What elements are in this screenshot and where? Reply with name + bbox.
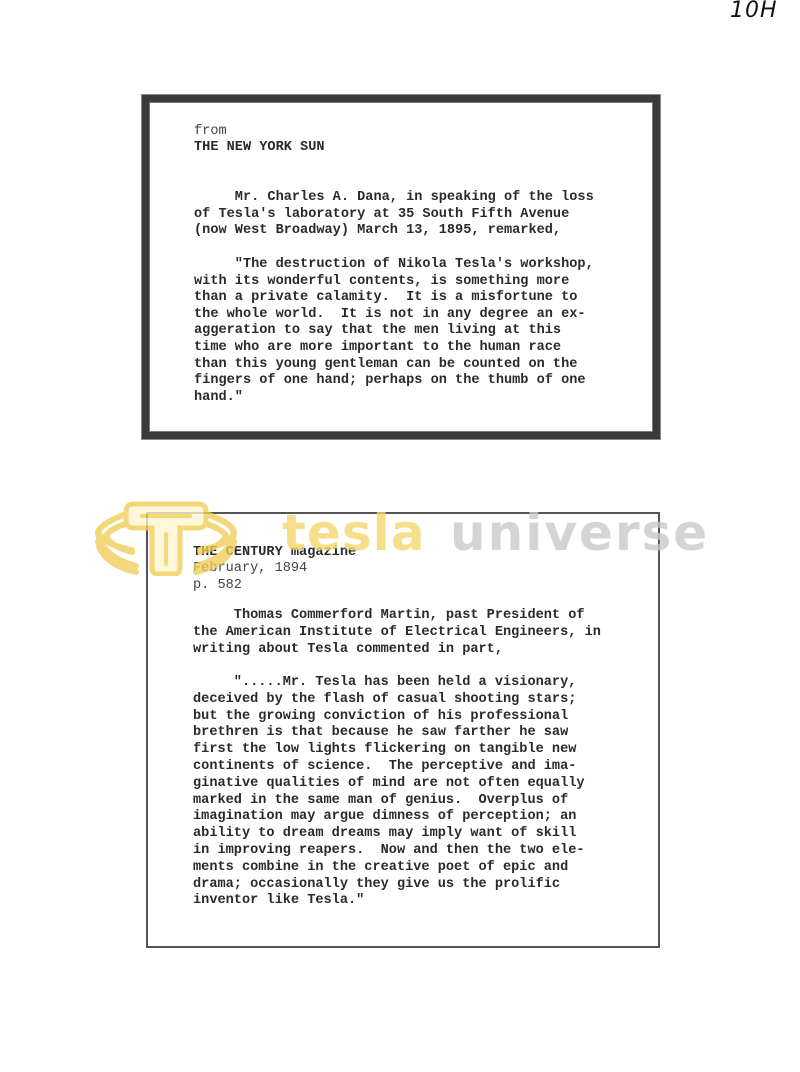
- handwritten-page-number: 10H: [730, 0, 778, 23]
- source-prefix: from: [194, 124, 227, 141]
- text-line: Mr. Charles A. Dana, in speaking of the …: [194, 190, 594, 207]
- quote-line: hand.": [194, 390, 243, 407]
- quote-line: inventor like Tesla.": [193, 893, 364, 910]
- text-line: Thomas Commerford Martin, past President…: [193, 608, 585, 625]
- text-line: the American Institute of Electrical Eng…: [193, 625, 601, 642]
- quote-line: imagination may argue dimness of percept…: [193, 809, 576, 826]
- quote-line: than a private calamity. It is a misfort…: [194, 290, 577, 307]
- quote-line: brethren is that because he saw farther …: [193, 725, 568, 742]
- source-title: THE NEW YORK SUN: [194, 140, 325, 157]
- quote-line: in improving reapers. Now and then the t…: [193, 843, 585, 860]
- text-line: of Tesla's laboratory at 35 South Fifth …: [194, 207, 569, 224]
- publication-page: p. 582: [193, 578, 242, 595]
- quote-line: ments combine in the creative poet of ep…: [193, 860, 568, 877]
- quote-line: ginative qualities of mind are not often…: [193, 776, 585, 793]
- quote-line: continents of science. The perceptive an…: [193, 759, 576, 776]
- quote-line: drama; occasionally they give us the pro…: [193, 877, 560, 894]
- text-line: (now West Broadway) March 13, 1895, rema…: [194, 223, 561, 240]
- quote-line: deceived by the flash of casual shooting…: [193, 692, 576, 709]
- quote-line: "The destruction of Nikola Tesla's works…: [194, 257, 594, 274]
- quote-line: fingers of one hand; perhaps on the thum…: [194, 373, 586, 390]
- quote-line: time who are more important to the human…: [194, 340, 561, 357]
- quote-line: the whole world. It is not in any degree…: [194, 307, 586, 324]
- publication-date: February, 1894: [193, 561, 307, 578]
- quote-line: marked in the same man of genius. Overpl…: [193, 793, 568, 810]
- quote-line: aggeration to say that the men living at…: [194, 323, 561, 340]
- quote-line: but the growing conviction of his profes…: [193, 709, 568, 726]
- text-line: writing about Tesla commented in part,: [193, 642, 503, 659]
- quote-line: than this young gentleman can be counted…: [194, 357, 577, 374]
- quote-line: ability to dream dreams may imply want o…: [193, 826, 576, 843]
- publication-title: THE CENTURY magazine: [193, 545, 356, 562]
- quote-line: ".....Mr. Tesla has been held a visionar…: [193, 675, 576, 692]
- quote-line: with its wonderful contents, is somethin…: [194, 274, 569, 291]
- quote-line: first the low lights flickering on tangi…: [193, 742, 576, 759]
